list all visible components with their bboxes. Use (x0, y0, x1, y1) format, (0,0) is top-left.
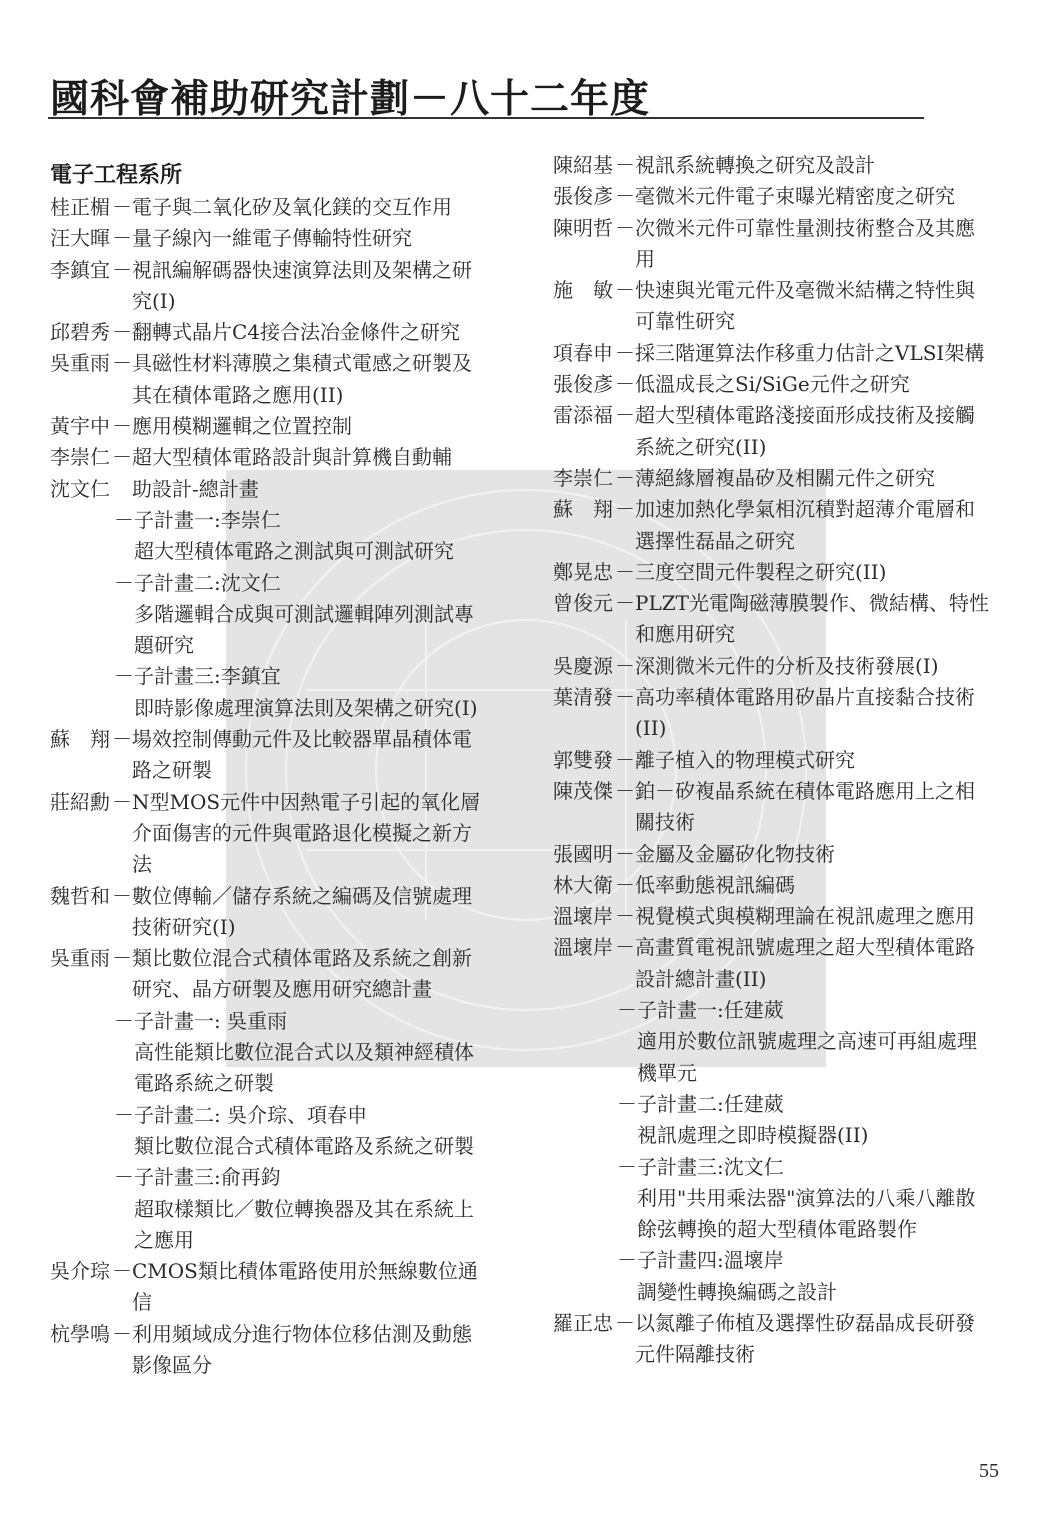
investigator-name: 黃宇中 (50, 411, 112, 442)
subproject-item: －子計畫三:李鎮宜 (50, 661, 490, 692)
subproject-title: 類比數位混合式積体電路及系統之研製 (50, 1131, 490, 1162)
subproject-item: －子計畫三:俞再鈞 (50, 1162, 490, 1193)
separator-dash: － (615, 557, 635, 588)
project-title: N型MOS元件中因熱電子引起的氧化層介面傷害的元件與電路退化模擬之新方法 (132, 787, 490, 881)
investigator-name: 張俊彥 (553, 369, 615, 400)
project-title: 類比數位混合式積体電路及系統之創新研究、晶方研製及應用研究總計畫 (132, 943, 490, 1006)
separator-dash: － (615, 1308, 635, 1371)
separator-dash (114, 1037, 134, 1100)
separator-dash: － (615, 932, 635, 995)
separator-dash: － (615, 369, 635, 400)
separator-dash (617, 1277, 637, 1308)
investigator-name: 吳重雨 (50, 348, 112, 411)
subproject-item: －子計畫二:沈文仁 (50, 568, 490, 599)
separator-dash: － (615, 682, 635, 745)
separator-dash (114, 536, 134, 567)
subproject-label: 超大型積体電路之測試與可測試研究 (134, 536, 490, 567)
project-entry: 黃宇中－應用模糊邏輯之位置控制 (50, 411, 490, 442)
project-entry: 雷添福－超大型積体電路淺接面形成技術及接觸系統之研究(II) (553, 400, 993, 463)
subproject-title: 利用"共用乘法器"演算法的八乘八離散餘弦轉換的超大型積体電路製作 (553, 1183, 993, 1246)
separator-dash (114, 1194, 134, 1257)
project-entry: 魏哲和－數位傳輸／儲存系統之編碼及信號處理技術研究(I) (50, 881, 490, 944)
project-entry: 施 敏－快速與光電元件及毫微米結構之特性與可靠性研究 (553, 275, 993, 338)
project-title: 量子線內一維電子傳輸特性研究 (132, 223, 490, 254)
investigator-name: 吳介琮 (50, 1256, 112, 1319)
project-entry: 陳明哲－次微米元件可靠性量測技術整合及其應用 (553, 213, 993, 276)
investigator-name: 項春申 (553, 338, 615, 369)
subproject-item: －子計畫四:溫壞岸 (553, 1245, 993, 1276)
investigator-name: 羅正忠 (553, 1308, 615, 1371)
subproject-item: －子計畫一: 吳重雨 (50, 1006, 490, 1037)
investigator-name: 杭學鳴 (50, 1319, 112, 1382)
subproject-label: 子計畫二:沈文仁 (134, 568, 490, 599)
investigator-name: 桂正楣 (50, 192, 112, 223)
separator-dash: － (615, 463, 635, 494)
separator-dash (617, 1026, 637, 1089)
project-entry: 吳介琮－CMOS類比積体電路使用於無線數位通信 (50, 1256, 490, 1319)
investigator-name: 溫壞岸 (553, 932, 615, 995)
right-column: 陳紹基－視訊系統轉換之研究及設計張俊彥－毫微米元件電子束曝光精密度之研究陳明哲－… (553, 150, 993, 1371)
project-title: 離子植入的物理模式研究 (635, 745, 993, 776)
separator-dash: － (112, 442, 132, 473)
investigator-name: 鄭晃忠 (553, 557, 615, 588)
separator-dash: － (617, 1245, 637, 1276)
project-entry: 陳紹基－視訊系統轉換之研究及設計 (553, 150, 993, 181)
separator-dash: － (615, 181, 635, 212)
project-entry: 林大衛－低率動態視訊編碼 (553, 870, 993, 901)
investigator-name: 汪大暉 (50, 223, 112, 254)
project-title: 視覺模式與模糊理論在視訊處理之應用 (635, 901, 993, 932)
separator-dash: － (617, 1152, 637, 1183)
separator-dash: － (615, 745, 635, 776)
project-title: 具磁性材料薄膜之集積式電感之研製及其在積体電路之應用(II) (132, 348, 490, 411)
subproject-label: 子計畫三:李鎮宜 (134, 661, 490, 692)
project-entry: 沈文仁助設計-總計畫 (50, 474, 490, 505)
project-entry: 莊紹勳－N型MOS元件中因熱電子引起的氧化層介面傷害的元件與電路退化模擬之新方法 (50, 787, 490, 881)
investigator-name: 陳茂傑 (553, 776, 615, 839)
separator-dash: － (112, 348, 132, 411)
project-entry: 吳慶源－深測微米元件的分析及技術發展(I) (553, 651, 993, 682)
project-entry: 邱碧秀－翻轉式晶片C4接合法冶金條件之研究 (50, 317, 490, 348)
subproject-label: 超取樣類比／數位轉換器及其在系統上之應用 (134, 1194, 490, 1257)
investigator-name: 雷添福 (553, 400, 615, 463)
subproject-label: 多階邏輯合成與可測試邏輯陣列測試專題研究 (134, 599, 490, 662)
subproject-title: 即時影像處理演算法則及架構之研究(I) (50, 693, 490, 724)
separator-dash: － (615, 870, 635, 901)
separator-dash (617, 1120, 637, 1151)
separator-dash: － (112, 223, 132, 254)
project-entry: 張國明－金屬及金屬矽化物技術 (553, 839, 993, 870)
project-title: 高功率積体電路用矽晶片直接黏合技術(II) (635, 682, 993, 745)
subproject-title: 超大型積体電路之測試與可測試研究 (50, 536, 490, 567)
left-column: 電子工程系所 桂正楣－電子與二氧化矽及氧化鎂的交互作用汪大暉－量子線內一維電子傳… (50, 160, 490, 1381)
investigator-name: 曾俊元 (553, 588, 615, 651)
subproject-title: 視訊處理之即時模擬器(II) (553, 1120, 993, 1151)
subproject-item: －子計畫二:任建葳 (553, 1089, 993, 1120)
separator-dash: － (615, 839, 635, 870)
subproject-item: －子計畫三:沈文仁 (553, 1152, 993, 1183)
investigator-name: 吳慶源 (553, 651, 615, 682)
project-title: 三度空間元件製程之研究(II) (635, 557, 993, 588)
project-title: 採三階運算法作移重力估計之VLSI架構 (635, 338, 993, 369)
investigator-name: 溫壞岸 (553, 901, 615, 932)
separator-dash: － (112, 881, 132, 944)
separator-dash: － (112, 192, 132, 223)
investigator-name: 郭雙發 (553, 745, 615, 776)
subproject-label: 子計畫三:沈文仁 (637, 1152, 993, 1183)
project-title: 翻轉式晶片C4接合法冶金條件之研究 (132, 317, 490, 348)
investigator-name: 陳紹基 (553, 150, 615, 181)
investigator-name: 蘇 翔 (50, 724, 112, 787)
project-entry: 陳茂傑－鉑－矽複晶系統在積体電路應用上之相關技術 (553, 776, 993, 839)
separator-dash: － (112, 317, 132, 348)
investigator-name: 陳明哲 (553, 213, 615, 276)
project-entry: 李崇仁－超大型積体電路設計與計算機自動輔 (50, 442, 490, 473)
subproject-label: 子計畫一:任建葳 (637, 995, 993, 1026)
project-title: 電子與二氧化矽及氧化鎂的交互作用 (132, 192, 490, 223)
project-entry: 羅正忠－以氮離子佈植及選擇性矽磊晶成長研發元件隔離技術 (553, 1308, 993, 1371)
subproject-item: －子計畫一:任建葳 (553, 995, 993, 1026)
separator-dash: － (114, 1006, 134, 1037)
subproject-label: 子計畫二:任建葳 (637, 1089, 993, 1120)
subproject-label: 利用"共用乘法器"演算法的八乘八離散餘弦轉換的超大型積体電路製作 (637, 1183, 993, 1246)
investigator-name: 吳重雨 (50, 943, 112, 1006)
subproject-label: 視訊處理之即時模擬器(II) (637, 1120, 993, 1151)
investigator-name: 李崇仁 (553, 463, 615, 494)
subproject-label: 子計畫一: 吳重雨 (134, 1006, 490, 1037)
project-title: 深測微米元件的分析及技術發展(I) (635, 651, 993, 682)
project-title: 高畫質電視訊號處理之超大型積体電路設計總計畫(II) (635, 932, 993, 995)
project-entry: 桂正楣－電子與二氧化矽及氧化鎂的交互作用 (50, 192, 490, 223)
separator-dash: － (615, 150, 635, 181)
investigator-name: 張國明 (553, 839, 615, 870)
subproject-title: 多階邏輯合成與可測試邏輯陣列測試專題研究 (50, 599, 490, 662)
investigator-name: 李鎮宜 (50, 255, 112, 318)
separator-dash: － (617, 1089, 637, 1120)
separator-dash (114, 693, 134, 724)
separator-dash: － (114, 505, 134, 536)
separator-dash: － (112, 255, 132, 318)
project-title: 數位傳輸／儲存系統之編碼及信號處理技術研究(I) (132, 881, 490, 944)
project-title: 超大型積体電路設計與計算機自動輔 (132, 442, 490, 473)
project-entry: 曾俊元－PLZT光電陶磁薄膜製作、微結構、特性和應用研究 (553, 588, 993, 651)
page-title: 國科會補助研究計劃－八十二年度 (50, 68, 650, 124)
project-title: 超大型積体電路淺接面形成技術及接觸系統之研究(II) (635, 400, 993, 463)
project-entry: 溫壞岸－高畫質電視訊號處理之超大型積体電路設計總計畫(II) (553, 932, 993, 995)
separator-dash: － (112, 724, 132, 787)
investigator-name: 沈文仁 (50, 474, 112, 505)
separator-dash: － (112, 1256, 132, 1319)
separator-dash (112, 474, 132, 505)
project-title: CMOS類比積体電路使用於無線數位通信 (132, 1256, 490, 1319)
separator-dash: － (617, 995, 637, 1026)
separator-dash (114, 599, 134, 662)
page-number: 55 (979, 1460, 999, 1483)
subproject-item: －子計畫一:李崇仁 (50, 505, 490, 536)
separator-dash: － (114, 1100, 134, 1131)
separator-dash: － (112, 1319, 132, 1382)
separator-dash: － (615, 901, 635, 932)
subproject-title: 高性能類比數位混合式以及類神經積体電路系統之研製 (50, 1037, 490, 1100)
investigator-name: 魏哲和 (50, 881, 112, 944)
project-entry: 李鎮宜－視訊編解碼器快速演算法則及架構之研究(I) (50, 255, 490, 318)
separator-dash: － (114, 661, 134, 692)
project-title: 以氮離子佈植及選擇性矽磊晶成長研發元件隔離技術 (635, 1308, 993, 1371)
subproject-label: 即時影像處理演算法則及架構之研究(I) (134, 693, 490, 724)
subproject-title: 超取樣類比／數位轉換器及其在系統上之應用 (50, 1194, 490, 1257)
project-title: 視訊系統轉換之研究及設計 (635, 150, 993, 181)
separator-dash: － (112, 943, 132, 1006)
investigator-name: 張俊彥 (553, 181, 615, 212)
project-entry: 張俊彥－低溫成長之Si/SiGe元件之研究 (553, 369, 993, 400)
separator-dash: － (615, 275, 635, 338)
project-entry: 汪大暉－量子線內一維電子傳輸特性研究 (50, 223, 490, 254)
project-title: 毫微米元件電子束曝光精密度之研究 (635, 181, 993, 212)
project-entry: 鄭晃忠－三度空間元件製程之研究(II) (553, 557, 993, 588)
project-entry: 張俊彥－毫微米元件電子束曝光精密度之研究 (553, 181, 993, 212)
investigator-name: 葉清發 (553, 682, 615, 745)
separator-dash: － (615, 494, 635, 557)
project-title: 視訊編解碼器快速演算法則及架構之研究(I) (132, 255, 490, 318)
project-title: 助設計-總計畫 (132, 474, 490, 505)
project-title: 鉑－矽複晶系統在積体電路應用上之相關技術 (635, 776, 993, 839)
project-title: 薄絕緣層複晶矽及相關元件之研究 (635, 463, 993, 494)
separator-dash: － (615, 588, 635, 651)
separator-dash: － (615, 213, 635, 276)
project-entry: 蘇 翔－加速加熱化學氣相沉積對超薄介電層和選擇性磊晶之研究 (553, 494, 993, 557)
project-list-left: 桂正楣－電子與二氧化矽及氧化鎂的交互作用汪大暉－量子線內一維電子傳輸特性研究李鎮… (50, 192, 490, 1381)
subproject-title: 適用於數位訊號處理之高速可再組處理機單元 (553, 1026, 993, 1089)
subproject-title: 調變性轉換編碼之設計 (553, 1277, 993, 1308)
project-title: PLZT光電陶磁薄膜製作、微結構、特性和應用研究 (635, 588, 993, 651)
investigator-name: 蘇 翔 (553, 494, 615, 557)
project-title: 低溫成長之Si/SiGe元件之研究 (635, 369, 993, 400)
separator-dash: － (112, 411, 132, 442)
separator-dash: － (615, 338, 635, 369)
subproject-label: 適用於數位訊號處理之高速可再組處理機單元 (637, 1026, 993, 1089)
separator-dash: － (615, 400, 635, 463)
project-title: 場效控制傳動元件及比較器單晶積体電路之研製 (132, 724, 490, 787)
investigator-name: 施 敏 (553, 275, 615, 338)
project-title: 應用模糊邏輯之位置控制 (132, 411, 490, 442)
investigator-name: 莊紹勳 (50, 787, 112, 881)
separator-dash: － (112, 787, 132, 881)
separator-dash: － (114, 1162, 134, 1193)
project-entry: 蘇 翔－場效控制傳動元件及比較器單晶積体電路之研製 (50, 724, 490, 787)
project-entry: 李崇仁－薄絕緣層複晶矽及相關元件之研究 (553, 463, 993, 494)
project-title: 次微米元件可靠性量測技術整合及其應用 (635, 213, 993, 276)
project-entry: 吳重雨－具磁性材料薄膜之集積式電感之研製及其在積体電路之應用(II) (50, 348, 490, 411)
subproject-item: －子計畫二: 吳介琮、項春申 (50, 1100, 490, 1131)
project-title: 低率動態視訊編碼 (635, 870, 993, 901)
subproject-label: 高性能類比數位混合式以及類神經積体電路系統之研製 (134, 1037, 490, 1100)
project-title: 金屬及金屬矽化物技術 (635, 839, 993, 870)
project-title: 利用頻域成分進行物体位移估測及動態影像區分 (132, 1319, 490, 1382)
project-entry: 郭雙發－離子植入的物理模式研究 (553, 745, 993, 776)
project-entry: 項春申－採三階運算法作移重力估計之VLSI架構 (553, 338, 993, 369)
section-heading: 電子工程系所 (50, 160, 490, 192)
project-title: 加速加熱化學氣相沉積對超薄介電層和選擇性磊晶之研究 (635, 494, 993, 557)
separator-dash (114, 1131, 134, 1162)
investigator-name: 林大衛 (553, 870, 615, 901)
subproject-label: 子計畫一:李崇仁 (134, 505, 490, 536)
investigator-name: 邱碧秀 (50, 317, 112, 348)
project-entry: 葉清發－高功率積体電路用矽晶片直接黏合技術(II) (553, 682, 993, 745)
separator-dash: － (615, 651, 635, 682)
subproject-label: 子計畫三:俞再鈞 (134, 1162, 490, 1193)
separator-dash: － (114, 568, 134, 599)
project-entry: 溫壞岸－視覺模式與模糊理論在視訊處理之應用 (553, 901, 993, 932)
project-entry: 吳重雨－類比數位混合式積体電路及系統之創新研究、晶方研製及應用研究總計畫 (50, 943, 490, 1006)
project-entry: 杭學鳴－利用頻域成分進行物体位移估測及動態影像區分 (50, 1319, 490, 1382)
investigator-name: 李崇仁 (50, 442, 112, 473)
project-list-right: 陳紹基－視訊系統轉換之研究及設計張俊彥－毫微米元件電子束曝光精密度之研究陳明哲－… (553, 150, 993, 1371)
subproject-label: 子計畫二: 吳介琮、項春申 (134, 1100, 490, 1131)
project-title: 快速與光電元件及毫微米結構之特性與可靠性研究 (635, 275, 993, 338)
subproject-label: 調變性轉換編碼之設計 (637, 1277, 993, 1308)
title-rule (48, 117, 924, 119)
subproject-label: 子計畫四:溫壞岸 (637, 1245, 993, 1276)
separator-dash: － (615, 776, 635, 839)
subproject-label: 類比數位混合式積体電路及系統之研製 (134, 1131, 490, 1162)
separator-dash (617, 1183, 637, 1246)
